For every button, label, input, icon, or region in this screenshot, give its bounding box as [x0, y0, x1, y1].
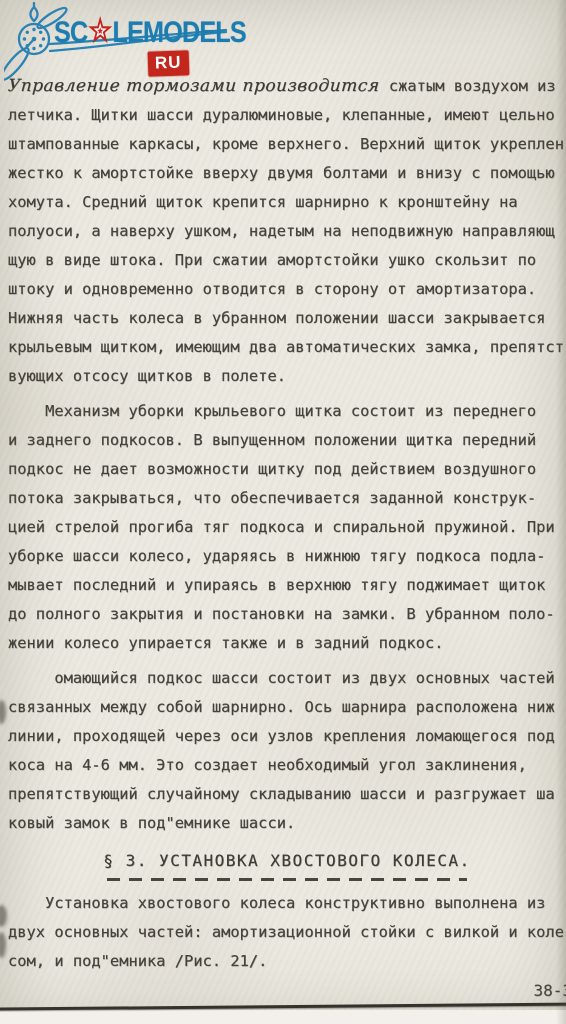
text-line: подкос не дает возможности щитку под дей… [8, 455, 566, 484]
ink-smudge [0, 700, 6, 724]
text-line: жестко к амортстойке вверху двумя болтам… [8, 159, 566, 188]
section-heading: § 3. УСТАНОВКА ХВОСТОВОГО КОЛЕСА. [8, 846, 566, 881]
text-line: хомута. Средний щиток крепится шарнирно … [8, 188, 566, 217]
text-line: двух основных частей: амортизационной ст… [8, 918, 566, 947]
text-line: штампованные каркасы, кроме верхнего. Ве… [8, 130, 566, 159]
text-line: омающийся подкос шасси состоит из двух о… [8, 664, 566, 693]
text-line: сом, и под"емника /Рис. 21/. [8, 947, 566, 976]
text-line: препятствующий случайному складыванию ша… [8, 780, 566, 809]
paragraph: омающийся подкос шасси состоит из двух о… [8, 664, 566, 838]
text-line: Управление тормозами производится сжатым… [8, 72, 566, 101]
text-line: потока закрываться, что обеспечивается з… [8, 484, 566, 513]
scan-edge-shade [556, 0, 566, 1024]
text-line: уборке шасси колесо, ударяясь в нижнюю т… [8, 542, 566, 571]
text-line: жении колесо упирается также и в задний … [8, 629, 566, 658]
star-icon [86, 16, 113, 46]
text-line: ковый замок в под"емнике шасси. [8, 809, 566, 838]
text-line: Установка хвостового колеса конструктивн… [8, 889, 566, 918]
ink-smudge [0, 932, 6, 958]
text-run: сжатым воздухом из кабины [380, 77, 566, 95]
text-line: коса на 4-6 мм. Это создает необходимый … [8, 751, 566, 780]
text-line: мывает последний и упираясь в верхнюю тя… [8, 571, 566, 600]
section-heading-text: § 3. УСТАНОВКА ХВОСТОВОГО КОЛЕСА. [8, 846, 566, 875]
text-line: летчика. Щитки шасси дуралюминовые, клеп… [8, 101, 566, 130]
text-line: связанных между собой шарнирно. Ось шарн… [8, 693, 566, 722]
handwritten-note: Управление тормозами производится [8, 72, 381, 101]
paragraph: Управление тормозами производится сжатым… [8, 72, 566, 391]
paragraph: Механизм уборки крыльевого щитка состоит… [8, 397, 566, 658]
text-line: линии, проходящей через оси узлов крепле… [8, 722, 566, 751]
document-body: Управление тормозами производится сжатым… [8, 72, 566, 976]
brand-prefix: SC [54, 16, 87, 49]
text-line: полуоси, а наверху ушком, надетым на неп… [8, 217, 566, 246]
text-line: щую в виде штока. При сжатии амортстойки… [8, 246, 566, 275]
text-line: Нижняя часть колеса в убранном положении… [8, 304, 566, 333]
heading-underline [107, 878, 467, 881]
ink-smudge [0, 905, 7, 927]
text-line: до полного закрытия и постановки на замк… [8, 600, 566, 629]
text-line: цией стрелой прогиба тяг подкоса и спира… [8, 513, 566, 542]
brand-suffix: LEMODELS [113, 16, 246, 49]
page-bottom-edge [0, 1010, 566, 1024]
brand-text: SC LEMODELS [54, 16, 246, 50]
paragraph: Установка хвостового колеса конструктивн… [8, 889, 566, 976]
text-line: крыльевым щитком, имеющим два автоматиче… [8, 333, 566, 362]
scanned-document-page: SC LEMODELS RU Управление тормозами прои… [0, 0, 566, 1024]
text-line: Механизм уборки крыльевого щитка состоит… [8, 397, 566, 426]
text-line: штоку и одновременно отводится в сторону… [8, 275, 566, 304]
text-line: и заднего подкосов. В выпущенном положен… [8, 426, 566, 455]
text-line: вующих отсосу щитков в полете. [8, 362, 566, 391]
